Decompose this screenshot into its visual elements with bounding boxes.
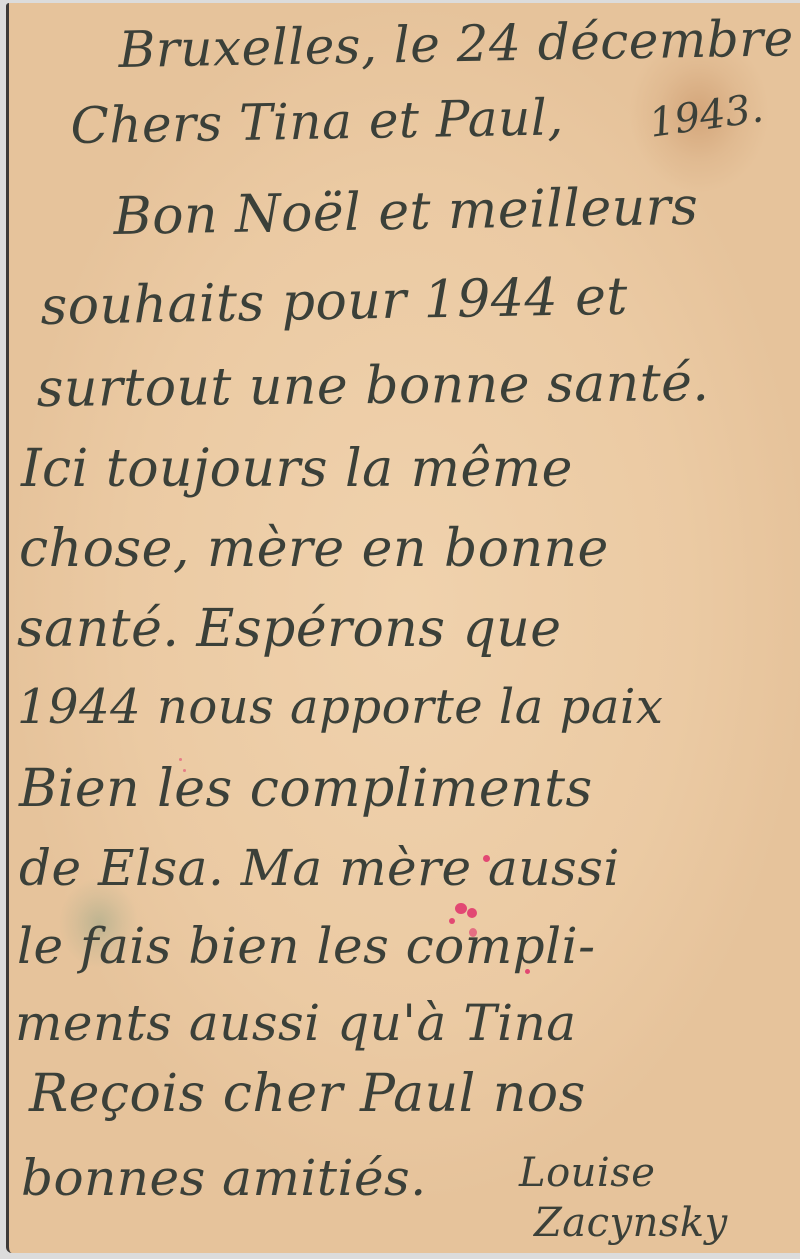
body-line-4: Ici toujours la même [21, 443, 573, 495]
ink-spot [467, 908, 477, 918]
body-line-3: surtout une bonne santé. [37, 357, 710, 415]
ink-spot [483, 855, 490, 862]
body-line-12: Reçois cher Paul nos [29, 1068, 586, 1120]
ink-spot [179, 758, 182, 761]
body-line-8: Bien les compliments [19, 763, 593, 815]
salutation-line: Chers Tina et Paul, [70, 92, 564, 151]
ink-spot [455, 903, 467, 914]
signature-last-name: Zacynsky [534, 1203, 728, 1243]
body-line-9: de Elsa. Ma mère aussi [19, 843, 620, 893]
year-text: 1943. [646, 85, 766, 146]
body-line-7: 1944 nous apporte la paix [17, 683, 663, 731]
body-line-2: souhaits pour 1944 et [40, 271, 628, 333]
ink-spot [525, 969, 530, 974]
postcard: Bruxelles, le 24 décembre 1943. Chers Ti… [6, 3, 800, 1253]
ink-spot [449, 918, 455, 924]
signature-first-name: Louise [519, 1153, 655, 1193]
body-line-10: le fais bien les compli- [17, 921, 596, 971]
body-line-6: santé. Espérons que [17, 603, 562, 655]
body-line-13: bonnes amitiés. [21, 1153, 427, 1203]
ink-spot [469, 928, 477, 937]
body-line-11: ments aussi qu'à Tina [15, 998, 577, 1048]
ink-spot [183, 769, 186, 772]
place-date-line: Bruxelles, le 24 décembre [118, 13, 794, 75]
body-line-1: Bon Noël et meilleurs [113, 181, 699, 243]
body-line-5: chose, mère en bonne [19, 523, 609, 575]
